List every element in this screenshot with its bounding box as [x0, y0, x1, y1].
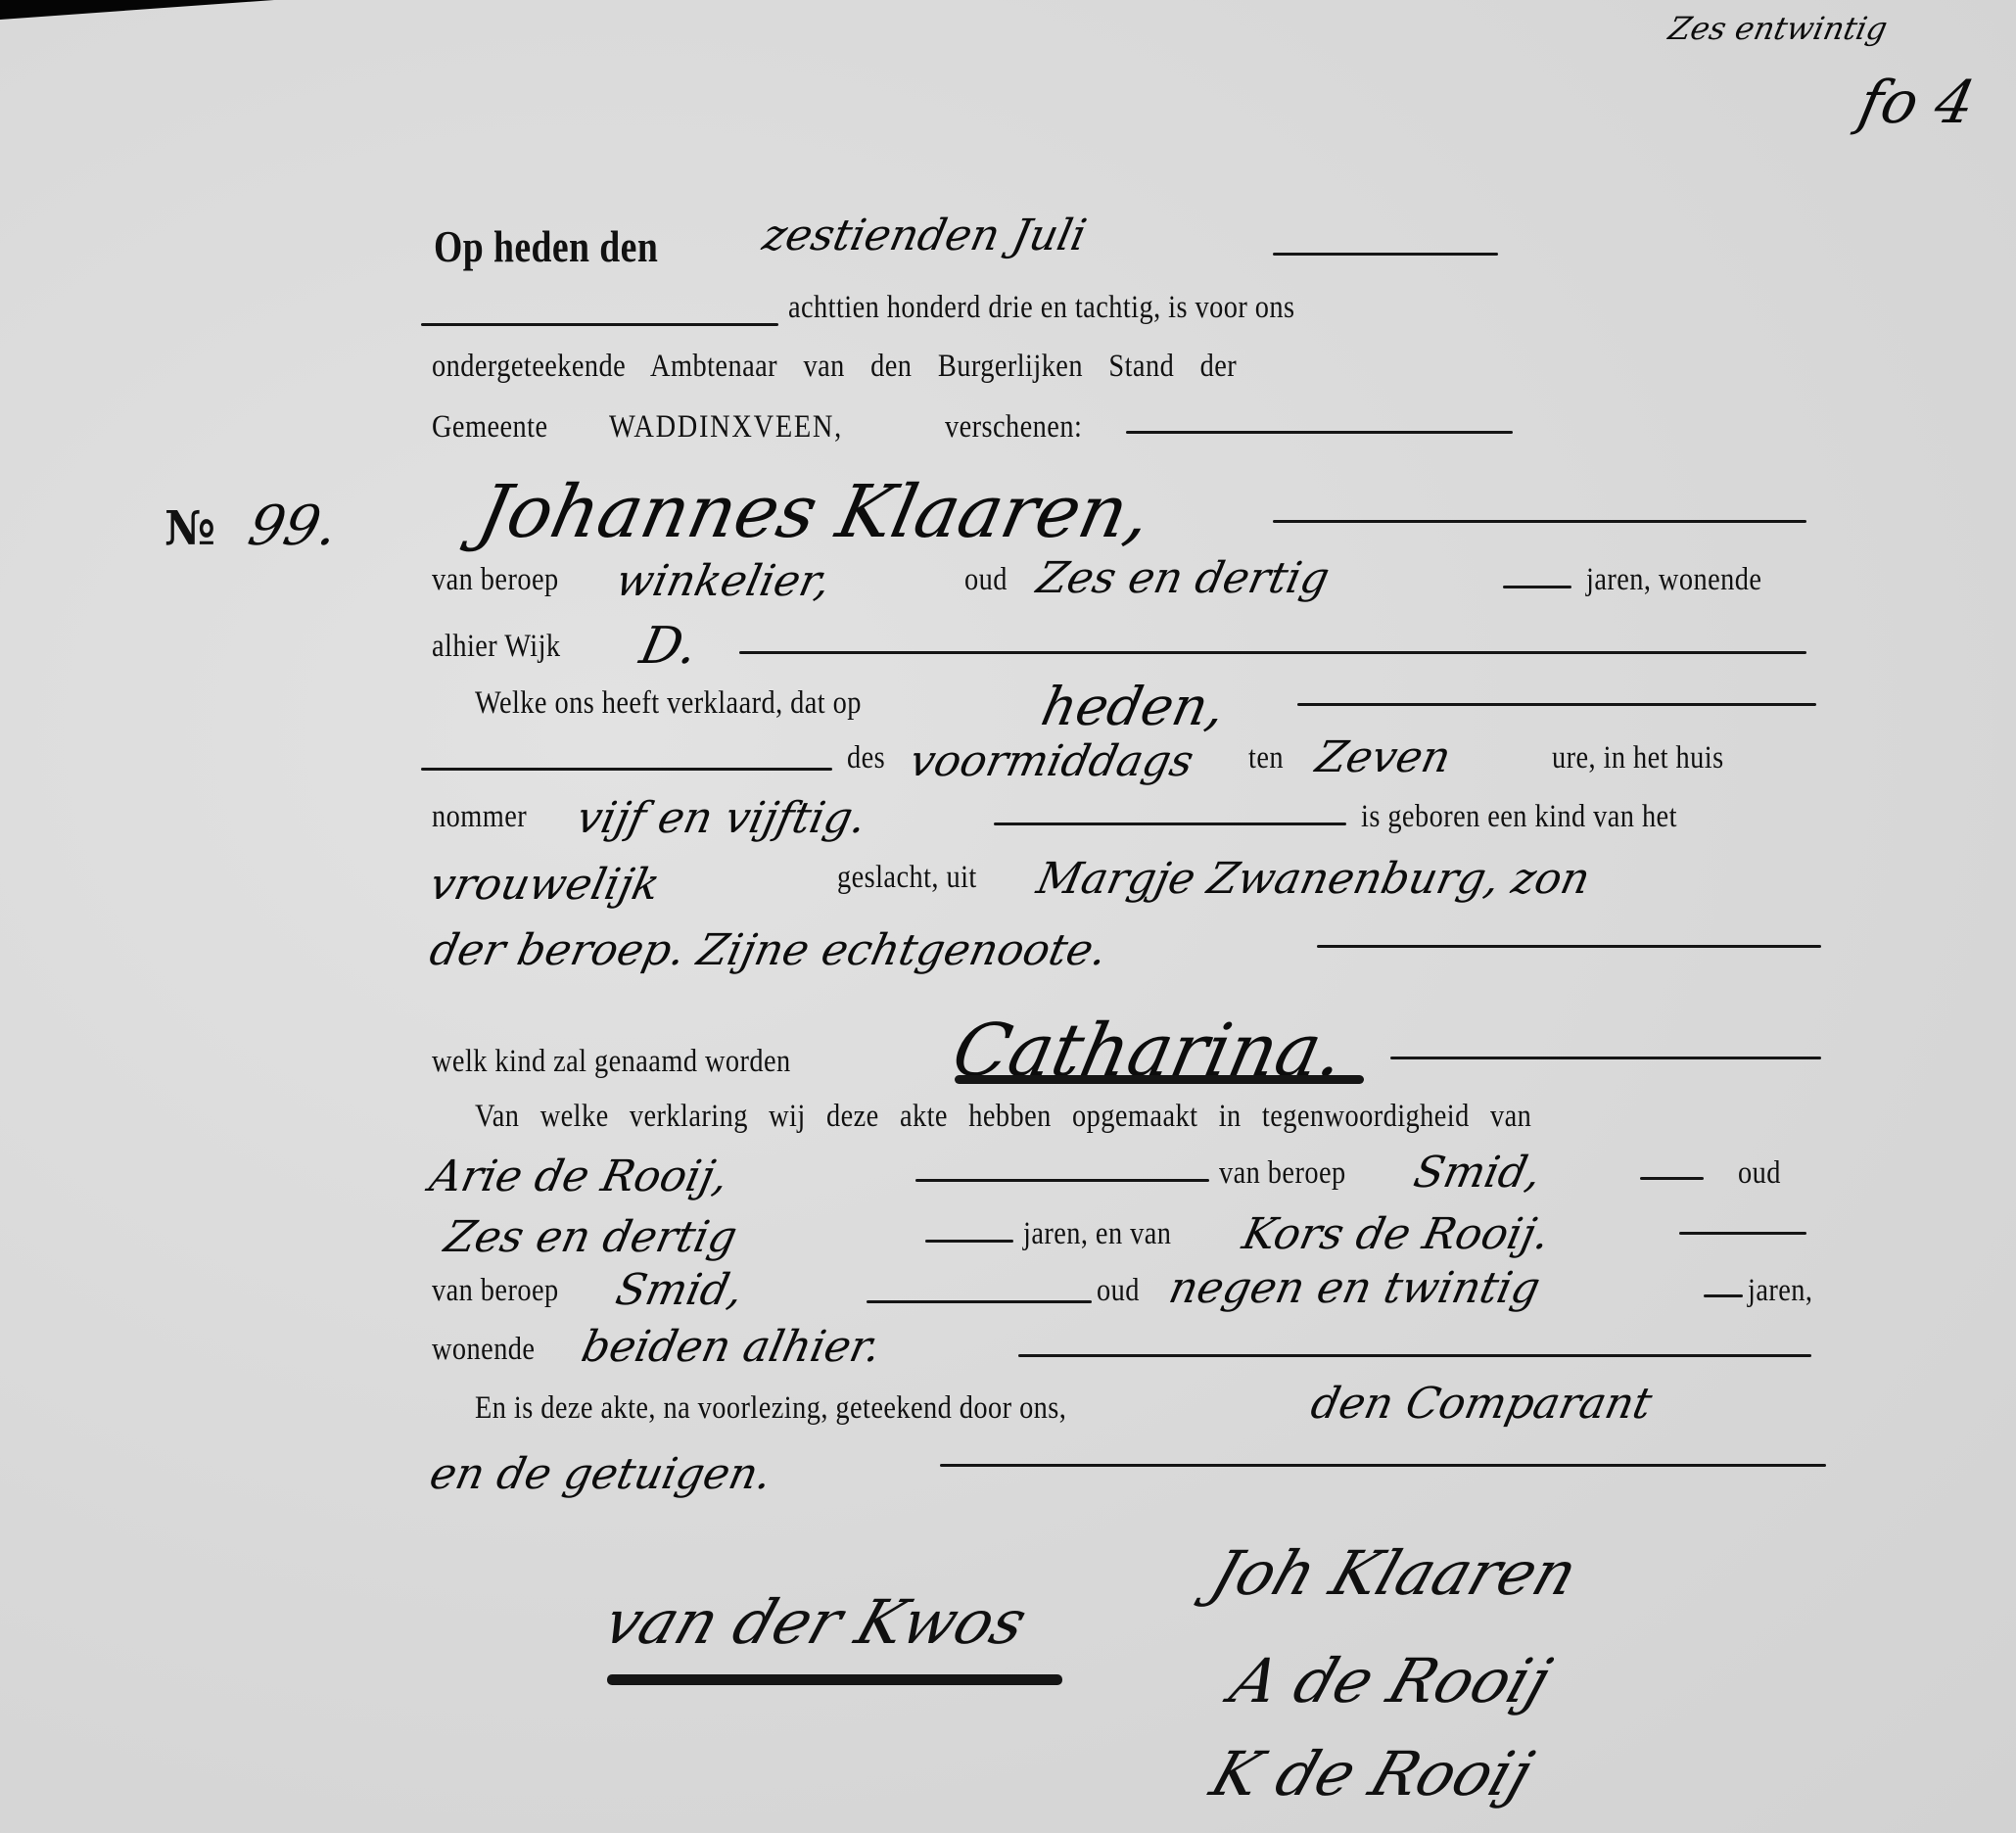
hw-mother-occupation: der beroep. Zijne echtgenoote. [426, 925, 1112, 975]
signature-registrar: van der Kwos [595, 1586, 1036, 1658]
printed-geslacht-uit: geslacht, uit [837, 860, 977, 896]
fill-line [1503, 586, 1571, 588]
printed-jaren-2: jaren, [1748, 1273, 1812, 1309]
fill-line [867, 1300, 1092, 1303]
record-number-prefix: № [164, 501, 215, 556]
printed-op-heden: Op heden den [434, 220, 658, 272]
printed-welke-ons: Welke ons heeft verklaard, dat op [475, 685, 862, 722]
hw-hour: Zeven [1312, 732, 1456, 782]
name-underline [955, 1075, 1364, 1084]
printed-line-2: achttien honderd drie en tachtig, is voo… [788, 290, 1294, 326]
margin-note: Zes entwintig [1665, 10, 1891, 47]
printed-van-beroep-2: van beroep [1219, 1155, 1346, 1192]
printed-jaren-wonende: jaren, wonende [1586, 562, 1761, 598]
printed-verschenen: verschenen: [945, 409, 1082, 446]
hw-witness2-occupation: Smid, [612, 1265, 748, 1315]
fill-line [994, 822, 1346, 825]
fill-line [1126, 431, 1513, 434]
printed-is-geboren: is geboren een kind van het [1361, 799, 1677, 835]
fill-line [421, 323, 778, 326]
fill-line [421, 768, 832, 771]
printed-van-beroep-3: van beroep [432, 1273, 559, 1309]
hw-and-witnesses: en de getuigen. [426, 1449, 776, 1499]
printed-alhier-wijk: alhier Wijk [432, 629, 561, 665]
scan-edge [0, 0, 274, 20]
fill-line [1273, 253, 1498, 256]
document-page [0, 0, 2016, 1833]
printed-van-beroep: van beroep [432, 562, 559, 598]
printed-nommer: nommer [432, 799, 527, 835]
printed-oud: oud [964, 562, 1008, 598]
signature-witness-2: K de Rooij [1202, 1738, 1541, 1809]
registrar-underline [607, 1674, 1062, 1685]
hw-mother-name: Margje Zwanenburg, zon [1033, 854, 1595, 904]
signature-witness-1: A de Rooij [1222, 1645, 1560, 1716]
fill-line [940, 1464, 1826, 1467]
hw-witness-residence: beiden alhier. [578, 1322, 886, 1372]
folio-mark: fo 4 [1853, 69, 1981, 137]
fill-line [1704, 1294, 1743, 1297]
fill-line [1390, 1057, 1821, 1059]
printed-ten: ten [1248, 740, 1284, 776]
printed-line-3: ondergeteekende Ambtenaar van den Burger… [432, 349, 1237, 385]
fill-line [739, 651, 1806, 654]
hw-witness1-age: Zes en dertig [441, 1212, 742, 1262]
printed-jaren-en-van: jaren, en van [1023, 1216, 1171, 1252]
hw-age: Zes en dertig [1033, 553, 1335, 603]
fill-line [1297, 703, 1816, 706]
hw-part-of-day: voormiddags [906, 736, 1198, 786]
printed-en-is-deze: En is deze akte, na voorlezing, geteeken… [475, 1390, 1066, 1427]
fill-line [1317, 945, 1821, 948]
printed-welk-kind: welk kind zal genaamd worden [432, 1044, 791, 1080]
hw-day: heden, [1036, 676, 1231, 737]
printed-van-welke: Van welke verklaring wij deze akte hebbe… [475, 1099, 1531, 1135]
fill-line [1018, 1354, 1811, 1357]
printed-oud-3: oud [1097, 1273, 1140, 1309]
printed-oud-2: oud [1738, 1155, 1781, 1192]
record-number: 99. [243, 494, 344, 558]
municipality-name: WADDINXVEEN, [609, 409, 843, 446]
hw-declarant-name: Johannes Klaaren, [471, 470, 1158, 554]
fill-line [1273, 520, 1806, 523]
fill-line [925, 1240, 1013, 1243]
hw-date: zestienden Juli [759, 211, 1091, 260]
printed-gemeente: Gemeente [432, 409, 547, 446]
hw-house-number: vijf en vijftig. [573, 793, 871, 843]
hw-witness1-name: Arie de Rooij, [426, 1151, 733, 1201]
printed-des: des [847, 740, 885, 776]
printed-wonende: wonende [432, 1332, 535, 1368]
hw-signed-by: den Comparant [1307, 1379, 1657, 1429]
fill-line [1679, 1232, 1806, 1235]
hw-occupation: winkelier, [612, 556, 835, 606]
hw-sex: vrouwelijk [426, 860, 665, 910]
signature-declarant: Joh Klaaren [1202, 1537, 1586, 1609]
hw-witness2-age: negen en twintig [1165, 1263, 1545, 1313]
fill-line [1640, 1177, 1704, 1180]
printed-ure: ure, in het huis [1552, 740, 1724, 776]
hw-witness1-occupation: Smid, [1410, 1148, 1546, 1198]
hw-witness2-name: Kors de Rooij. [1239, 1209, 1555, 1259]
fill-line [915, 1179, 1209, 1182]
